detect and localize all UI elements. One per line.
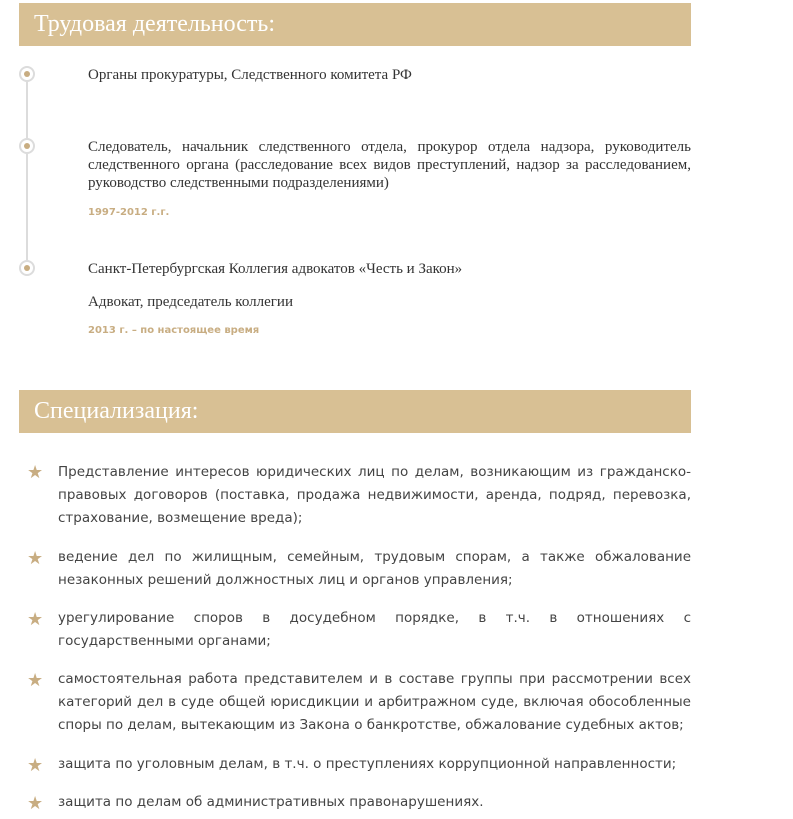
timeline-org: Санкт-Петербургская Коллегия адвокатов «… bbox=[88, 260, 691, 278]
spec-item: урегулирование споров в досудебном поряд… bbox=[58, 607, 691, 653]
spec-item: защита по делам об административных прав… bbox=[58, 791, 691, 814]
timeline-date: 1997-2012 г.г. bbox=[88, 207, 169, 218]
specialization-header: Специализация: bbox=[19, 390, 691, 433]
star-icon: ★ bbox=[27, 463, 43, 481]
timeline-line bbox=[26, 66, 28, 272]
timeline-dot-icon bbox=[19, 138, 35, 154]
star-icon: ★ bbox=[27, 610, 43, 628]
spec-item: ведение дел по жилищным, семейным, трудо… bbox=[58, 546, 691, 592]
timeline-position: Адвокат, председатель коллегии bbox=[88, 293, 691, 311]
spec-item: самостоятельная работа представителем и … bbox=[58, 668, 691, 737]
spec-item: Представление интересов юридических лиц … bbox=[58, 461, 691, 530]
spec-item: защита по уголовным делам, в т.ч. о прес… bbox=[58, 753, 691, 776]
star-icon: ★ bbox=[27, 794, 43, 812]
timeline-org: Органы прокуратуры, Следственного комите… bbox=[88, 66, 691, 84]
star-icon: ★ bbox=[27, 756, 43, 774]
star-icon: ★ bbox=[27, 549, 43, 567]
timeline-date: 2013 г. – по настоящее время bbox=[88, 325, 259, 336]
timeline-dot-icon bbox=[19, 260, 35, 276]
work-history-header: Трудовая деятельность: bbox=[19, 3, 691, 46]
timeline-dot-icon bbox=[19, 66, 35, 82]
timeline-position: Следователь, начальник следственного отд… bbox=[88, 138, 691, 192]
star-icon: ★ bbox=[27, 671, 43, 689]
